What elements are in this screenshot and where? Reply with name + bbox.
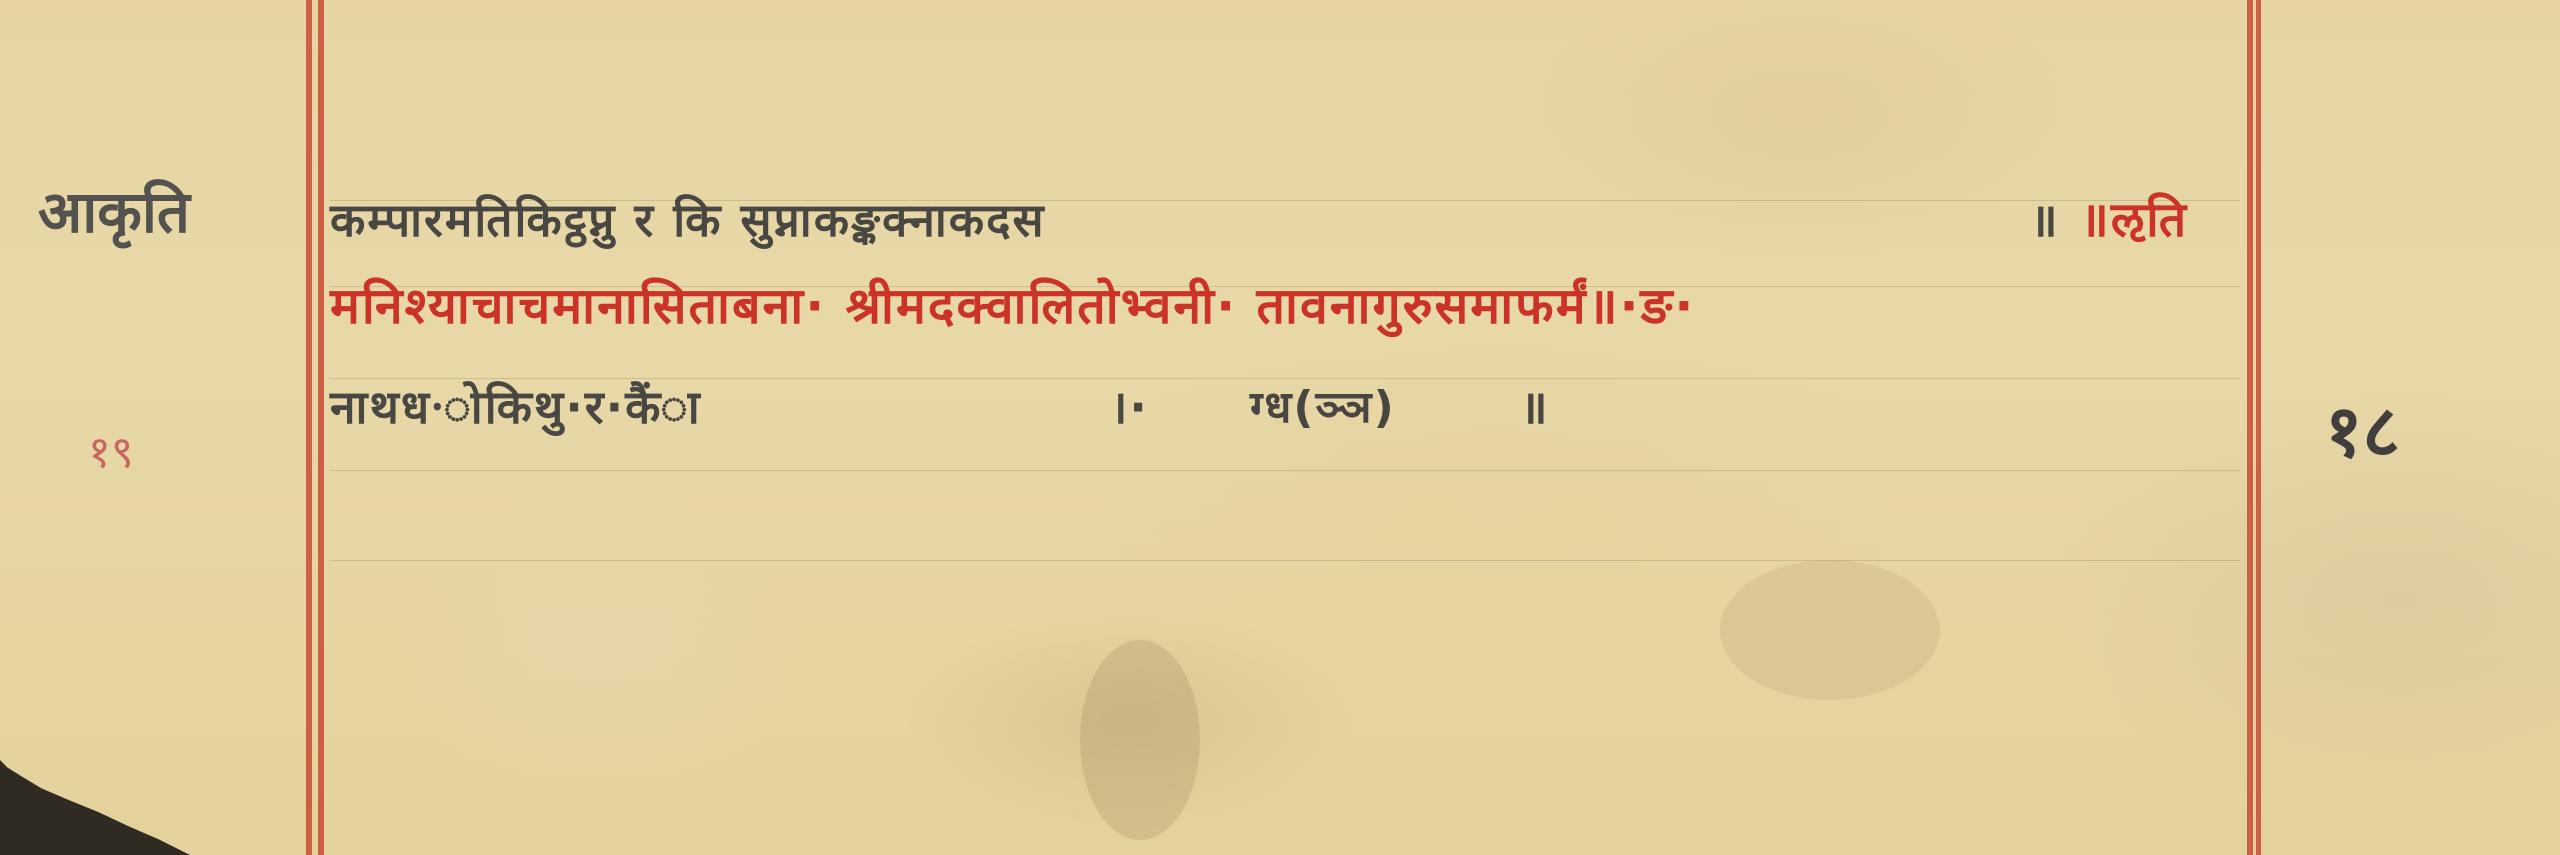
text-line-3: नाथध·ोकिथु·र·कैंा xyxy=(330,375,702,437)
text-line-1-red: ॥ऌति xyxy=(2080,186,2188,251)
folio-number-left: १९ xyxy=(88,420,134,480)
text-line-3-fragment: ग्ध(ञ्ञ) xyxy=(1250,375,1396,435)
text-line-1-danda: ॥ xyxy=(2030,188,2060,250)
paper-stain xyxy=(1080,640,1200,840)
manuscript-folio: आकृति १९ १८ कम्पारमतिकिट्ठप्नु र कि सुप्… xyxy=(0,0,2560,855)
text-line-3-double-danda: ॥ xyxy=(1520,375,1550,437)
left-margin-rule xyxy=(318,0,324,855)
left-margin-rule xyxy=(306,0,312,855)
paper-stain xyxy=(1720,560,1940,700)
right-margin-rule xyxy=(2247,0,2253,855)
text-line-1: कम्पारमतिकिट्ठप्नु र कि सुप्नाकङ्कक्नाकद… xyxy=(330,188,1046,250)
text-line-2-red: मनिश्याचाचमानासिताबना· श्रीमदक्वालितोभ्व… xyxy=(330,270,1695,338)
right-margin-rule xyxy=(2256,0,2261,855)
guide-line xyxy=(330,470,2240,471)
guide-line xyxy=(330,560,2240,561)
folio-number-right: १८ xyxy=(2325,380,2400,478)
text-line-3-danda: ।· xyxy=(1110,375,1149,437)
margin-title: आकृति xyxy=(38,170,190,249)
torn-corner xyxy=(0,760,190,855)
